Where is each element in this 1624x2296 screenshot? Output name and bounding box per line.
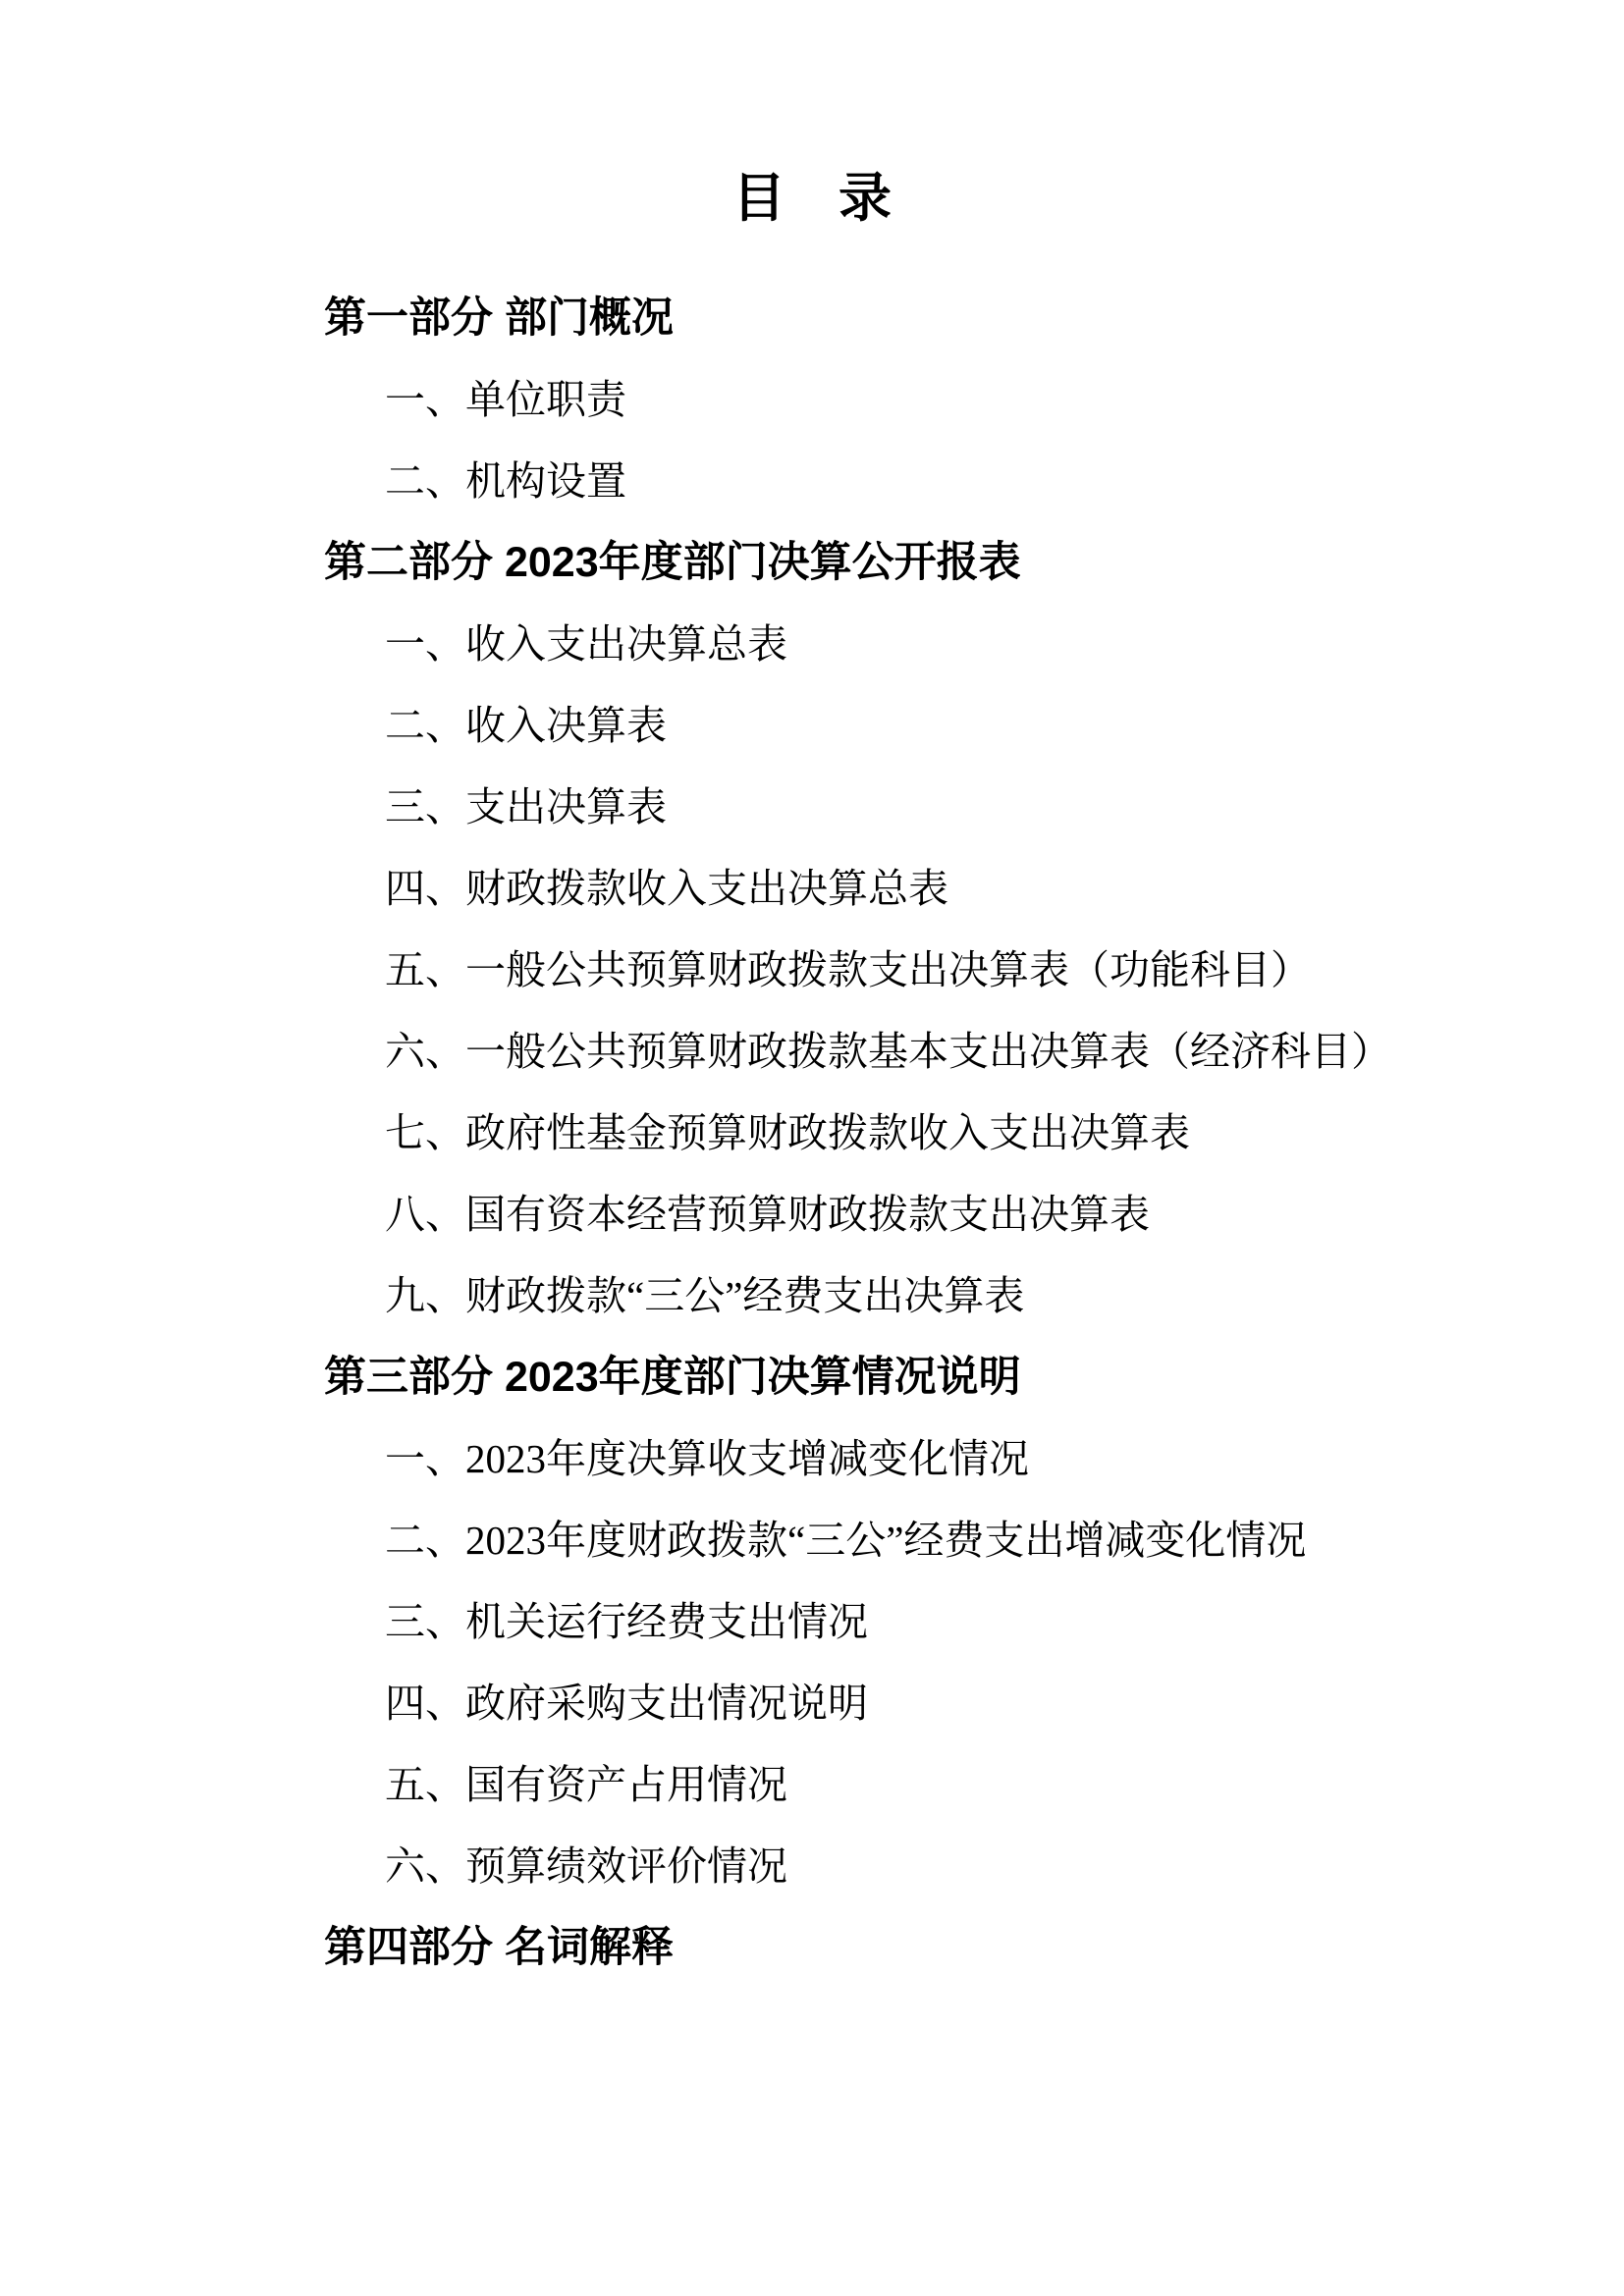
section-heading-part-2: 第二部分 2023年度部门决算公开报表 <box>0 522 1624 604</box>
page-title: 目 录 <box>0 158 1624 240</box>
toc-item-part1-1: 一、单位职责 <box>0 359 1624 441</box>
table-of-contents: 第一部分 部门概况 一、单位职责 二、机构设置 第二部分 2023年度部门决算公… <box>0 278 1624 1989</box>
toc-item-part3-3: 三、机关运行经费支出情况 <box>0 1581 1624 1663</box>
document-page: 目 录 第一部分 部门概况 一、单位职责 二、机构设置 第二部分 2023年度部… <box>0 0 1624 2296</box>
toc-item-part3-6: 六、预算绩效评价情况 <box>0 1826 1624 1907</box>
toc-item-part2-3: 三、支出决算表 <box>0 767 1624 848</box>
toc-item-part2-1: 一、收入支出决算总表 <box>0 604 1624 685</box>
toc-item-part2-4: 四、财政拨款收入支出决算总表 <box>0 848 1624 930</box>
toc-item-part2-8: 八、国有资本经营预算财政拨款支出决算表 <box>0 1174 1624 1255</box>
toc-item-part3-4: 四、政府采购支出情况说明 <box>0 1663 1624 1744</box>
section-heading-part-4: 第四部分 名词解释 <box>0 1907 1624 1989</box>
section-heading-part-1: 第一部分 部门概况 <box>0 278 1624 359</box>
toc-item-part3-5: 五、国有资产占用情况 <box>0 1744 1624 1826</box>
toc-item-part3-2: 二、2023年度财政拨款“三公”经费支出增减变化情况 <box>0 1500 1624 1581</box>
toc-item-part2-5: 五、一般公共预算财政拨款支出决算表（功能科目） <box>0 930 1624 1011</box>
section-heading-part-3: 第三部分 2023年度部门决算情况说明 <box>0 1337 1624 1418</box>
toc-item-part3-1: 一、2023年度决算收支增减变化情况 <box>0 1418 1624 1500</box>
toc-item-part1-2: 二、机构设置 <box>0 441 1624 522</box>
toc-item-part2-9: 九、财政拨款“三公”经费支出决算表 <box>0 1255 1624 1337</box>
toc-item-part2-6: 六、一般公共预算财政拨款基本支出决算表（经济科目） <box>0 1011 1624 1093</box>
toc-item-part2-2: 二、收入决算表 <box>0 685 1624 767</box>
toc-item-part2-7: 七、政府性基金预算财政拨款收入支出决算表 <box>0 1093 1624 1174</box>
